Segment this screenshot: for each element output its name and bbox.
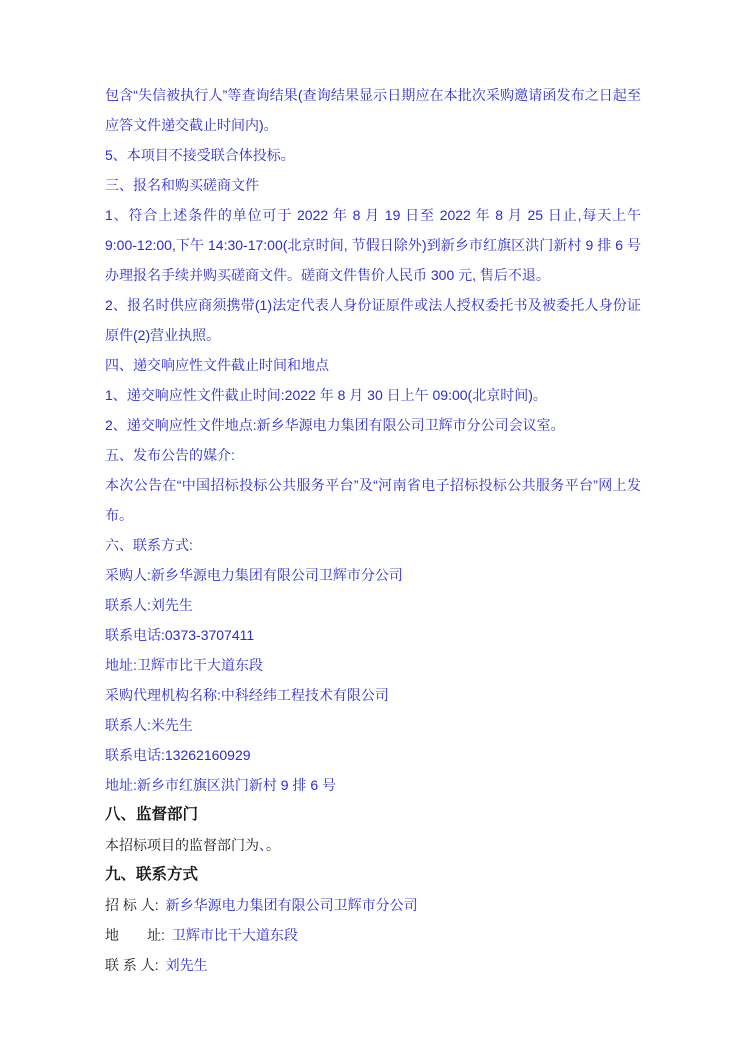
- paragraph-purchaser: 采购人:新乡华源电力集团有限公司卫辉市分公司: [105, 560, 641, 590]
- section-heading-8-supervision: 八、监督部门: [105, 800, 641, 830]
- document-body: 包含“失信被执行人”等查询结果(查询结果显示日期应在本批次采购邀请函发布之日起至…: [105, 80, 641, 980]
- contact-row-address: 地 址:卫辉市比干大道东段: [105, 920, 641, 950]
- supervision-text: 本招标项目的监督部门为: [105, 837, 259, 853]
- paragraph-agency-name: 采购代理机构名称:中科经纬工程技术有限公司: [105, 680, 641, 710]
- section-heading-5-media: 五、发布公告的媒介:: [105, 440, 641, 470]
- contact-value-tenderer: 新乡华源电力集团有限公司卫辉市分公司: [166, 897, 418, 913]
- contact-value-address: 卫辉市比干大道东段: [172, 927, 298, 943]
- paragraph-registration-documents: 2、报名时供应商须携带(1)法定代表人身份证原件或法人授权委托书及被委托人身份证…: [105, 290, 641, 350]
- paragraph-registration-details: 1、符合上述条件的单位可于 2022 年 8 月 19 日至 2022 年 8 …: [105, 200, 641, 290]
- paragraph-agency-contact-person: 联系人:米先生: [105, 710, 641, 740]
- paragraph-purchaser-address: 地址:卫辉市比干大道东段: [105, 650, 641, 680]
- paragraph-no-consortium: 5、本项目不接受联合体投标。: [105, 140, 641, 170]
- paragraph-credit-check-note: 包含“失信被执行人”等查询结果(查询结果显示日期应在本批次采购邀请函发布之日起至…: [105, 80, 641, 140]
- supervision-period: 。: [266, 837, 280, 853]
- paragraph-supervision-body: 本招标项目的监督部门为、。: [105, 830, 641, 860]
- paragraph-purchaser-contact-person: 联系人:刘先生: [105, 590, 641, 620]
- section-heading-4-deadline: 四、递交响应性文件截止时间和地点: [105, 350, 641, 380]
- contact-row-person: 联 系 人:刘先生: [105, 950, 641, 980]
- paragraph-agency-address: 地址:新乡市红旗区洪门新村 9 排 6 号: [105, 770, 641, 800]
- paragraph-submission-deadline: 1、递交响应性文件截止时间:2022 年 8 月 30 日上午 09:00(北京…: [105, 380, 641, 410]
- section-heading-3-registration: 三、报名和购买磋商文件: [105, 170, 641, 200]
- contact-value-person: 刘先生: [166, 957, 208, 973]
- contact-label-person: 联 系 人:: [105, 957, 159, 973]
- contact-label-address: 地 址:: [105, 927, 165, 943]
- section-heading-6-contact: 六、联系方式:: [105, 530, 641, 560]
- contact-row-tenderer: 招 标 人:新乡华源电力集团有限公司卫辉市分公司: [105, 890, 641, 920]
- paragraph-announcement-platforms: 本次公告在“中国招标投标公共服务平台”及“河南省电子招标投标公共服务平台”网上发…: [105, 470, 641, 530]
- paragraph-submission-location: 2、递交响应性文件地点:新乡华源电力集团有限公司卫辉市分公司会议室。: [105, 410, 641, 440]
- section-heading-9-contact: 九、联系方式: [105, 860, 641, 890]
- paragraph-agency-phone: 联系电话:13262160929: [105, 740, 641, 770]
- contact-label-tenderer: 招 标 人:: [105, 897, 159, 913]
- document-page: 包含“失信被执行人”等查询结果(查询结果显示日期应在本批次采购邀请函发布之日起至…: [0, 0, 746, 1062]
- supervision-mark: 、: [259, 837, 266, 853]
- paragraph-purchaser-phone: 联系电话:0373-3707411: [105, 620, 641, 650]
